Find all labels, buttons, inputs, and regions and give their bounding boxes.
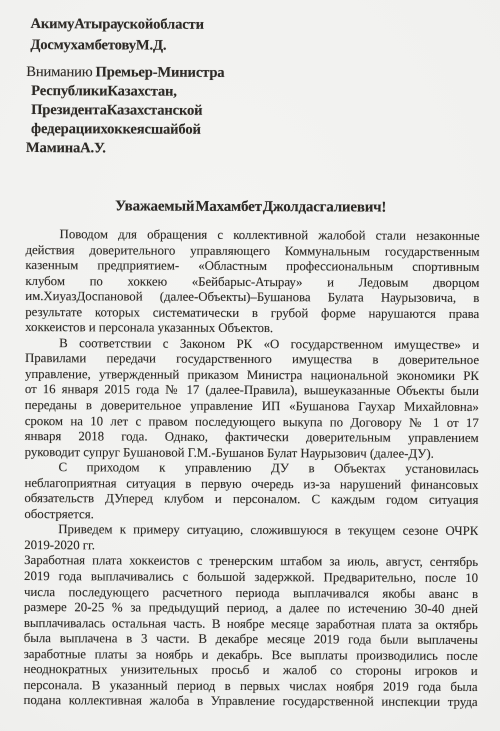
body-line: Правилами передачи государственного имущ…	[25, 351, 479, 369]
body-line: Поводом для обращения с коллективной жал…	[26, 227, 480, 245]
scanned-letter-page: Акиму Атырауской области Досмухамбетову …	[0, 0, 500, 731]
body-line: 2019 года выплачивались с большой задерж…	[24, 569, 478, 587]
attention-line: федерации хоккея с шайбой	[26, 120, 224, 140]
attention-prefix: Вниманию	[26, 64, 92, 80]
body-line: Приведем к примеру ситуацию, сложившуюся…	[24, 522, 478, 540]
body-line: казенным предприятием- «Областным профес…	[25, 258, 479, 276]
attention-line: ВниманиюПремьер-Министра	[26, 63, 224, 83]
recipient-line: Досмухамбетову М.Д.	[30, 35, 203, 57]
body-line: хоккеистов и персонала указанных Объекто…	[25, 320, 479, 338]
recipient-block: Акиму Атырауской области Досмухамбетову …	[30, 14, 204, 57]
letter-content: Акиму Атырауской области Досмухамбетову …	[0, 0, 500, 731]
salutation: Уважаемый Махамбет Джолдасгалиевич!	[1, 198, 500, 217]
attention-addressee: Премьер-Министра	[96, 64, 225, 81]
body-text: Поводом для обращения с коллективной жал…	[23, 227, 479, 711]
body-line: была выплачена в 3 части. В декабре меся…	[24, 631, 478, 649]
attention-line: Мамина А.У.	[26, 139, 224, 159]
recipient-line: Акиму Атырауской области	[30, 14, 203, 36]
body-line: января 2018 года. Однако, фактически дов…	[25, 429, 479, 447]
body-line: размере 20-25 % за предыдущий период, а …	[24, 600, 478, 618]
body-line: С приходом к управлению ДУ в Объектах ус…	[25, 460, 479, 478]
attention-line: Республики Казахстан,	[26, 82, 224, 102]
body-line: переданы в доверительное управление ИП «…	[25, 398, 479, 416]
body-line: неоднократных унизительных просьб и жало…	[24, 662, 478, 680]
attention-line: Президента Казахстанской	[26, 101, 224, 121]
body-line: им.ХиуазДоспановой (далее-Объекты)–Бушан…	[25, 289, 479, 307]
body-line: обязательств ДУперед клубом и персоналом…	[24, 491, 478, 509]
attention-block: ВниманиюПремьер-Министра Республики Каза…	[26, 63, 225, 159]
body-line: подана коллективная жалоба в Управление …	[23, 693, 477, 711]
